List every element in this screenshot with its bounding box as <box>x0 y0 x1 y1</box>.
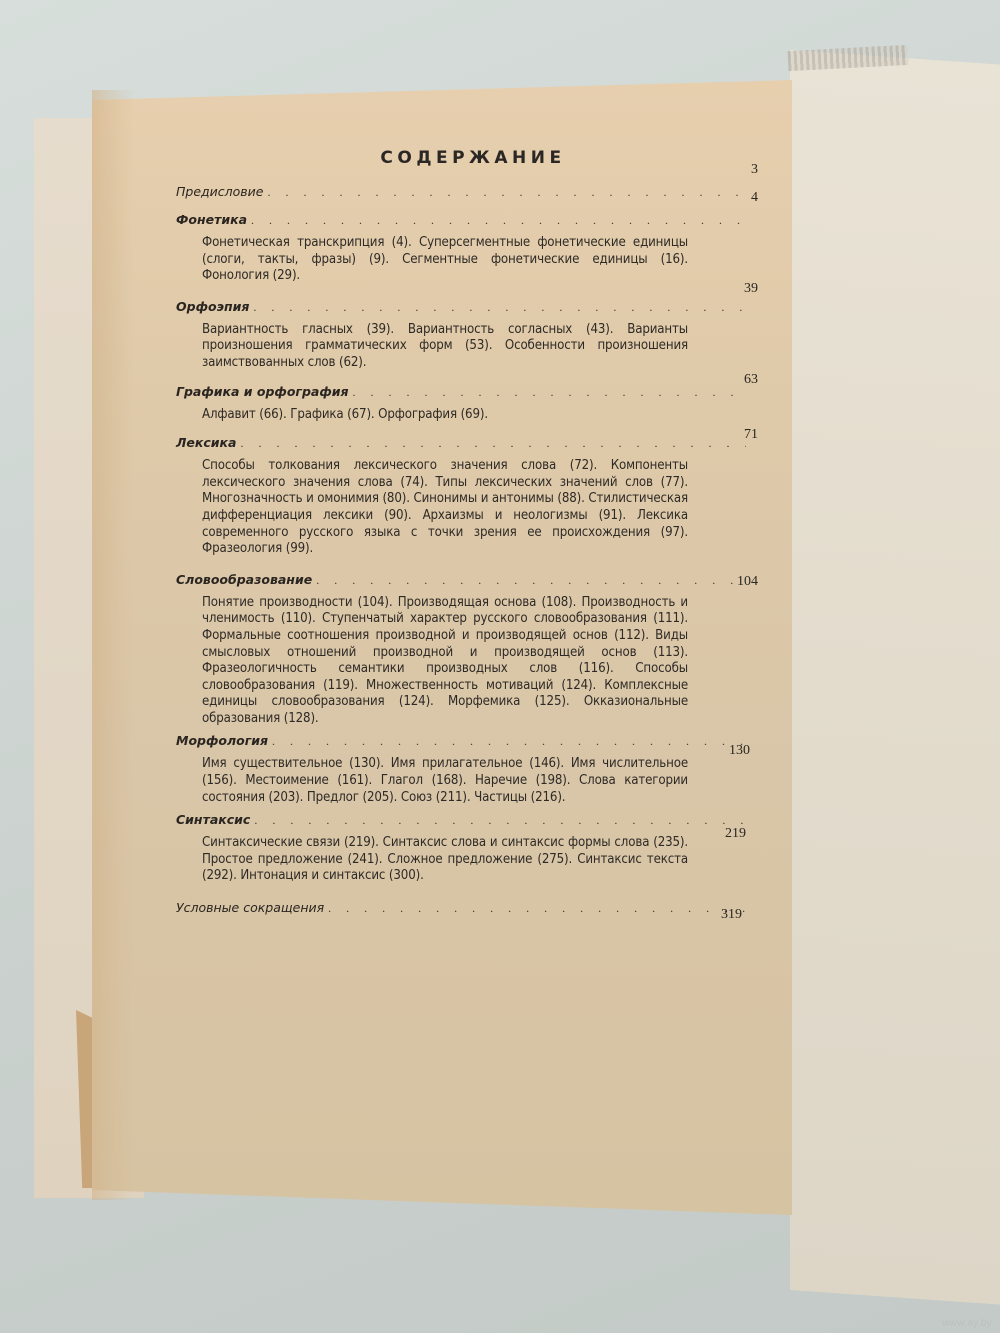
toc-title: СОДЕРЖАНИЕ <box>176 148 756 168</box>
toc-entry-description: Имя существительное (130). Имя прилагате… <box>202 756 688 806</box>
page-number: 63 <box>712 372 758 388</box>
dot-leader <box>316 573 746 588</box>
toc-entry-heading: Графика и орфография <box>176 384 349 399</box>
page-number: 71 <box>712 427 758 443</box>
page-number: 104 <box>712 574 758 590</box>
toc-entry-description: Фонетическая транскрипция (4). Суперсегм… <box>202 235 688 285</box>
table-of-contents: СОДЕРЖАНИЕ 3 Предисловие 4 Фонетика Фоне… <box>176 148 756 913</box>
toc-entry-description: Способы толкования лексического значения… <box>202 458 688 558</box>
dot-leader <box>267 185 746 200</box>
toc-entry-abbreviations: 319 Условные сокращения <box>176 891 756 913</box>
dot-leader <box>240 436 746 451</box>
page-number: 319 <box>696 907 742 923</box>
page-shading <box>92 90 134 1200</box>
toc-entry-heading: Предисловие <box>176 184 263 199</box>
dot-leader <box>272 734 746 749</box>
toc-entry-preface: 3 Предисловие <box>176 184 756 206</box>
toc-entry-lexicon: 71 Лексика Способы толкования лексическо… <box>176 435 756 558</box>
toc-entry-syntax: 219 Синтаксис Синтаксические связи (219)… <box>176 812 756 885</box>
page-number: 219 <box>700 826 746 842</box>
toc-entry-description: Понятие производности (104). Производяща… <box>202 595 688 728</box>
toc-entry-graphics-orthography: 63 Графика и орфография Алфавит (66). Гр… <box>176 384 756 424</box>
toc-entry-description: Алфавит (66). Графика (67). Орфография (… <box>202 407 688 424</box>
toc-entry-morphology: 130 Морфология Имя существительное (130)… <box>176 733 756 806</box>
toc-entry-heading: Синтаксис <box>176 812 250 827</box>
toc-entry-heading: Фонетика <box>176 212 247 227</box>
dot-leader <box>328 901 746 916</box>
toc-entry-phonetics: 4 Фонетика Фонетическая транскрипция (4)… <box>176 212 756 285</box>
toc-entry-description: Вариантность гласных (39). Вариантность … <box>202 322 688 372</box>
watermark: www.ay.by <box>942 1318 992 1329</box>
toc-entry-heading: Орфоэпия <box>176 299 249 314</box>
toc-entry-heading: Лексика <box>176 435 236 450</box>
dot-leader <box>251 213 746 228</box>
right-flyleaf <box>790 50 1000 1306</box>
page-number: 4 <box>712 190 758 206</box>
toc-entry-heading: Словообразование <box>176 572 312 587</box>
toc-entry-heading: Условные сокращения <box>176 900 324 915</box>
dot-leader <box>253 300 746 315</box>
toc-entry-description: Синтаксические связи (219). Синтаксис сл… <box>202 835 688 885</box>
toc-entry-heading: Морфология <box>176 733 268 748</box>
toc-entry-word-formation: 104 Словообразование Понятие производнос… <box>176 572 756 728</box>
dot-leader <box>254 813 746 828</box>
page-number: 130 <box>704 743 750 759</box>
dot-leader <box>353 385 746 400</box>
page-number: 3 <box>712 162 758 178</box>
toc-entry-orthoepy: 39 Орфоэпия Вариантность гласных (39). В… <box>176 299 756 372</box>
page-number: 39 <box>712 281 758 297</box>
